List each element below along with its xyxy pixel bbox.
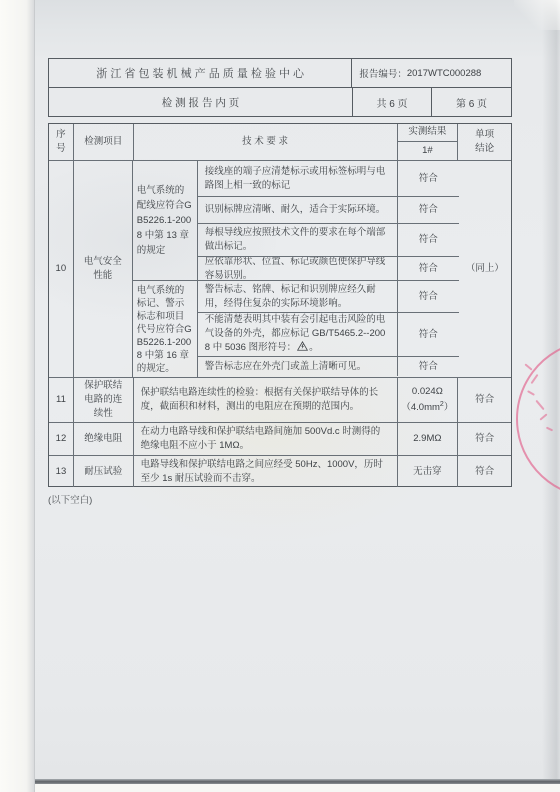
item-cell: 绝缘电阻 xyxy=(74,423,134,455)
table-row-12: 12 绝缘电阻 在动力电路导线和保护联结电路间施加 500Vd.c 时测得的绝缘… xyxy=(49,423,511,456)
requirement-groups: 电气系统的配线应符合GB5226.1-2008 中第 13 章的规定 接线座的端… xyxy=(133,161,459,377)
result-cell: 符合 xyxy=(398,281,459,312)
result-cell: 符合 xyxy=(398,197,459,223)
table-row-11: 11 保护联结电路的连续性 保护联结电路连续性的检验：根据有关保护联结导体的长度… xyxy=(49,378,511,423)
seq-cell: 13 xyxy=(49,456,74,487)
result-cell: 无击穿 xyxy=(398,456,459,487)
table-row-10: 10 电气安全性能 电气系统的配线应符合GB5226.1-2008 中第 13 … xyxy=(49,161,511,378)
electric-shock-warning-icon xyxy=(297,341,308,356)
result-cell: 符合 xyxy=(398,224,459,256)
org-name: 浙 江 省 包 装 机 械 产 品 质 量 检 验 中 心 xyxy=(49,59,352,87)
blank-below-note: (以下空白) xyxy=(48,492,92,506)
header-requirement: 技 术 要 求 xyxy=(134,124,398,160)
table-row-13: 13 耐压试验 电路导线和保护联结电路之间应经受 50Hz、1000V，历时至少… xyxy=(49,456,511,487)
table-header-row: 序号 检测项目 技 术 要 求 实测结果 1# 单项结论 xyxy=(49,124,511,161)
report-number: 报告编号：2017WTC000288 xyxy=(352,59,511,87)
report-number-label: 报告编号： xyxy=(359,66,407,80)
result-cell: 符合 xyxy=(398,161,459,196)
requirement-cell: 应依靠形状、位置、标记或颜色使保护导线容易识别。 xyxy=(198,257,398,280)
header-result: 实测结果 xyxy=(398,124,458,142)
header-conclusion: 单项结论 xyxy=(458,124,511,160)
conclusion-cell: （同上） xyxy=(459,161,511,377)
report-number-value: 2017WTC000288 xyxy=(407,68,481,79)
header-sample-no: 1# xyxy=(398,142,458,160)
result-cell: 符合 xyxy=(398,313,459,356)
group-wiring: 电气系统的配线应符合GB5226.1-2008 中第 13 章的规定 接线座的端… xyxy=(133,161,459,281)
result-cell: 符合 xyxy=(398,357,459,376)
requirement-cell: 不能清楚表明其中装有会引起电击风险的电气设备的外壳，都应标记 GB/T5465.… xyxy=(198,313,398,356)
requirement-cell: 电路导线和保护联结电路之间应经受 50Hz、1000V，历时至少 1s 耐压试验… xyxy=(134,456,398,487)
current-page: 第 6 页 xyxy=(432,88,511,116)
item-cell: 耐压试验 xyxy=(74,456,134,487)
report-header-box: 浙 江 省 包 装 机 械 产 品 质 量 检 验 中 心 报告编号：2017W… xyxy=(48,58,512,117)
scanned-report-page: 浙 江 省 包 装 机 械 产 品 质 量 检 验 中 心 报告编号：2017W… xyxy=(0,0,560,792)
table-subrow: 不能清楚表明其中装有会引起电击风险的电气设备的外壳，都应标记 GB/T5465.… xyxy=(198,313,459,357)
seq-cell: 10 xyxy=(49,161,74,377)
requirement-cell: 识别标牌应清晰、耐久，适合于实际环境。 xyxy=(198,197,398,223)
group-label-cell: 电气系统的配线应符合GB5226.1-2008 中第 13 章的规定 xyxy=(133,161,198,280)
requirement-cell: 在动力电路导线和保护联结电路间施加 500Vd.c 时测得的绝缘电阻不应小于 1… xyxy=(134,423,398,455)
scan-corner-glint xyxy=(514,0,560,30)
seq-cell: 11 xyxy=(49,378,74,422)
item-cell: 电气安全性能 xyxy=(74,161,133,377)
group-label-cell: 电气系统的标记、警示标志和项目代号应符合GB5226.1-2008 中第 16 … xyxy=(133,281,198,377)
result-value: 0.024Ω xyxy=(412,386,443,397)
requirement-cell: 警告标志、铭牌、标记和识别牌应经久耐用，经得住复杂的实际环境影响。 xyxy=(198,281,398,312)
requirement-cell: 警告标志应在外壳门或盖上清晰可见。 xyxy=(198,357,398,376)
header-result-group: 实测结果 1# xyxy=(398,124,459,160)
requirement-text: 。 xyxy=(309,342,319,353)
scanner-margin-strip xyxy=(0,0,35,792)
underlying-sheet xyxy=(33,784,560,792)
requirement-cell: 接线座的端子应清楚标示或用标签标明与电路图上相一致的标记 xyxy=(198,161,398,196)
requirement-cell: 保护联结电路连续性的检验：根据有关保护联结导体的长度，截面积和材料，测出的电阻应… xyxy=(134,378,398,422)
group-markings: 电气系统的标记、警示标志和项目代号应符合GB5226.1-2008 中第 16 … xyxy=(133,281,459,377)
table-subrow: 警告标志、铭牌、标记和识别牌应经久耐用，经得住复杂的实际环境影响。 符合 xyxy=(198,281,459,313)
header-seq: 序号 xyxy=(49,124,74,160)
result-cell: 2.9MΩ xyxy=(398,423,459,455)
result-cell: 0.024Ω （4.0mm2） xyxy=(398,378,459,422)
header-item: 检测项目 xyxy=(74,124,134,160)
table-subrow: 应依靠形状、位置、标记或颜色使保护导线容易识别。 符合 xyxy=(198,257,459,280)
doc-title: 检 测 报 告 内 页 xyxy=(49,88,353,116)
conclusion-cell: 符合 xyxy=(458,378,511,422)
result-detail: （4.0mm2） xyxy=(401,402,453,413)
result-cell: 符合 xyxy=(398,257,459,280)
requirement-cell: 每根导线应按照技术文件的要求在每个端部做出标记。 xyxy=(198,224,398,256)
item-cell: 保护联结电路的连续性 xyxy=(74,378,134,422)
total-pages: 共 6 页 xyxy=(353,88,432,116)
requirement-text: 不能清楚表明其中装有会引起电击风险的电气设备的外壳，都应标记 GB/T5465.… xyxy=(205,314,386,353)
table-subrow: 识别标牌应清晰、耐久，适合于实际环境。 符合 xyxy=(198,197,459,224)
seq-cell: 12 xyxy=(49,423,74,455)
table-subrow: 每根导线应按照技术文件的要求在每个端部做出标记。 符合 xyxy=(198,224,459,257)
table-subrow: 接线座的端子应清楚标示或用标签标明与电路图上相一致的标记 符合 xyxy=(198,161,459,197)
test-results-table: 序号 检测项目 技 术 要 求 实测结果 1# 单项结论 10 电气安全性能 电… xyxy=(48,123,512,487)
conclusion-cell: 符合 xyxy=(458,456,511,487)
conclusion-cell: 符合 xyxy=(458,423,511,455)
table-subrow: 警告标志应在外壳门或盖上清晰可见。 符合 xyxy=(198,357,459,376)
